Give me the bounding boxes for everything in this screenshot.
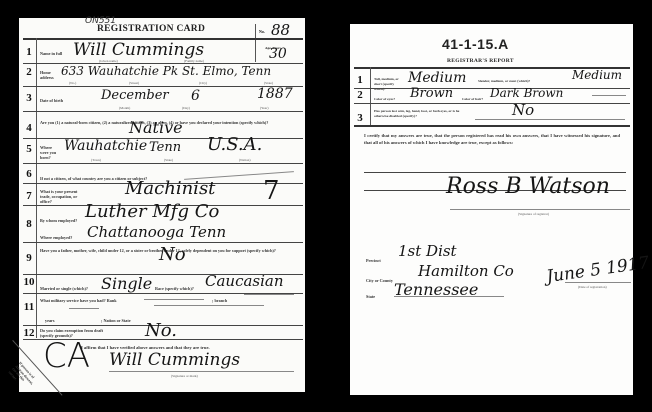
field-age-value[interactable]: 30 (269, 46, 287, 62)
field-label: years (45, 318, 55, 323)
caption: (Year) (260, 106, 269, 110)
state-label: State (366, 294, 375, 299)
date-line (565, 282, 631, 283)
row-number: 2 (23, 66, 35, 78)
field-birthplace-state[interactable]: Tenn (149, 140, 181, 155)
field-occupation-value[interactable]: Machinist (125, 178, 215, 199)
field-dependents-value[interactable]: No (159, 244, 186, 265)
registrars-report-card: 41-1-15.A REGISTRAR'S REPORT 1 Tall, med… (350, 24, 633, 395)
field-build-value[interactable]: Medium (572, 68, 622, 82)
field-citizenship-value[interactable]: Native (129, 118, 183, 137)
registrar-signature-caption: (Signature of registrar) (518, 212, 549, 216)
city-value[interactable]: Hamilton Co (418, 262, 514, 280)
row-number: 3 (23, 92, 35, 104)
serial-number: 41-1-15.A (442, 36, 509, 52)
field-race-value[interactable]: Caucasian (205, 272, 284, 290)
caption: (State) (164, 158, 173, 162)
certification-text: I certify that my answers are true, that… (364, 132, 620, 146)
field-label: Tall, medium, or short (specify which)? (374, 77, 404, 92)
field-label: Slender, medium, or stout (which)? (478, 79, 530, 84)
caption: (Month) (119, 106, 130, 110)
field-birth-year[interactable]: 1887 (257, 86, 293, 102)
exception-line (364, 172, 626, 173)
field-birth-day[interactable]: 6 (191, 88, 200, 104)
column-divider (370, 67, 371, 125)
field-birthplace-nation[interactable]: U.S.A. (207, 134, 262, 155)
field-label: Color of hair? (462, 97, 483, 102)
field-label: Race (specify which)? (155, 286, 194, 291)
field-height-value[interactable]: Medium (408, 70, 466, 86)
row-number: 1 (23, 46, 35, 58)
divider (354, 103, 630, 104)
row-number: 11 (23, 301, 35, 313)
signature-caption: (Signature or mark) (171, 374, 198, 378)
registration-card: ON551 REGISTRATION CARD No. 88 1 Name in… (19, 18, 305, 392)
registrant-signature: Will Cummings (109, 350, 240, 370)
blank-line (154, 305, 264, 306)
divider (354, 125, 630, 127)
caption: (Town) (91, 158, 101, 162)
divider (23, 163, 303, 164)
blank-line (394, 296, 504, 297)
row-number: 4 (23, 122, 35, 134)
corner-instruction: If person is of African descent, cut off… (8, 361, 38, 392)
blank-line (144, 299, 204, 300)
caption: (No.) (69, 81, 76, 85)
card-title: REGISTRATION CARD (97, 24, 205, 34)
report-title: REGISTRAR'S REPORT (447, 58, 514, 64)
row-number: 12 (23, 327, 35, 339)
field-label: What military service have you had? Rank (40, 298, 117, 303)
number-label: No. (259, 29, 265, 34)
caption: (Day) (182, 106, 190, 110)
row-number: 10 (23, 276, 35, 288)
blank-line (592, 95, 626, 96)
precinct-value[interactable]: 1st Dist (398, 242, 457, 260)
blank-line (244, 294, 294, 295)
field-label: By whom employed? (40, 218, 77, 223)
row-number: 1 (354, 74, 366, 86)
caption: (Street) (129, 81, 139, 85)
field-address-value[interactable]: 633 Wauhatchie Pk St. Elmo, Tenn (61, 64, 271, 78)
field-employer-location[interactable]: Chattanooga Tenn (87, 223, 226, 241)
field-label: Has person lost arm, leg, hand, foot, or… (374, 109, 472, 119)
field-name-value[interactable]: Will Cummings (73, 40, 204, 60)
signature-line (109, 371, 294, 372)
date-caption: (Date of registration) (578, 285, 607, 289)
field-label: Married or single (which)? (40, 286, 88, 291)
blank-line (69, 308, 99, 309)
row-number: 7 (23, 190, 35, 202)
divider (255, 40, 256, 62)
field-label: ; branch (212, 298, 227, 303)
caption: (Nation) (239, 158, 251, 162)
signature-line (450, 209, 630, 210)
city-label: City or County (366, 278, 393, 283)
row-number: 3 (354, 112, 366, 124)
field-label: Name in full (40, 51, 62, 56)
field-marital-value[interactable]: Single (101, 274, 152, 293)
blank-line (475, 119, 625, 120)
field-birthplace-town[interactable]: Wauhatchie (64, 138, 147, 154)
field-label: What is your present trade, occupation, … (40, 189, 86, 204)
corner-mark-ca: CA (43, 336, 90, 376)
field-label: Color of eyes? (374, 97, 395, 102)
row-number: 9 (23, 252, 35, 264)
caption: (State) (264, 81, 273, 85)
field-label: Date of birth (40, 98, 63, 103)
caption: (City) (199, 81, 207, 85)
row-number: 8 (23, 218, 35, 230)
field-disability-value[interactable]: No (512, 101, 534, 119)
row-number: 6 (23, 168, 35, 180)
precinct-label: Precinct (366, 258, 381, 263)
field-label: Home address (40, 70, 60, 80)
field-label: ; Nation or State (101, 318, 131, 323)
card-number: 88 (271, 21, 290, 39)
field-birth-month[interactable]: December (101, 88, 169, 103)
row-number: 5 (23, 143, 35, 155)
margin-mark: 7 (263, 176, 280, 206)
field-label: Where employed? (40, 235, 72, 240)
field-label: Where were you born? (40, 145, 60, 160)
registrar-signature: Ross B Watson (446, 174, 610, 199)
row-number: 2 (354, 89, 366, 101)
field-hair-color-value[interactable]: Dark Brown (490, 86, 563, 100)
field-exemption-value[interactable]: No. (145, 320, 177, 341)
divider (255, 24, 256, 38)
divider (23, 111, 303, 112)
field-employer-value[interactable]: Luther Mfg Co (85, 201, 219, 222)
field-eye-color-value[interactable]: Brown (410, 86, 453, 101)
